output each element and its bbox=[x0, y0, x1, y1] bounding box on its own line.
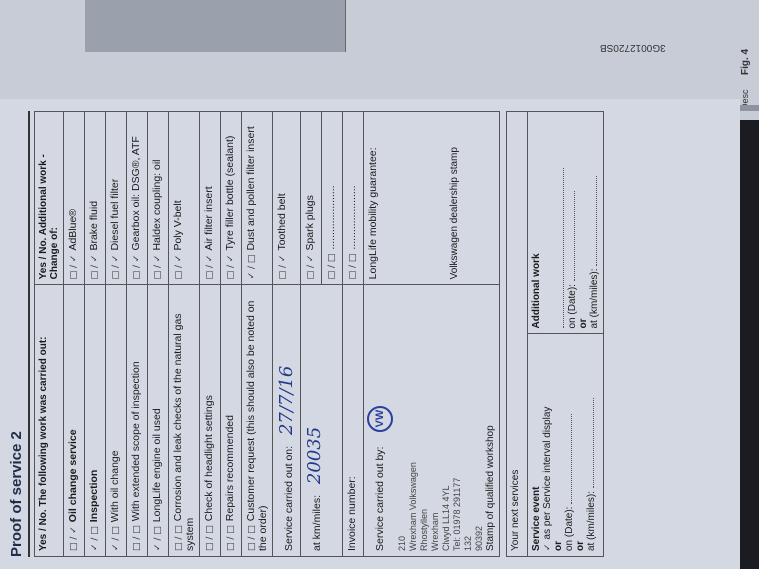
stamp-line: Tel: 01978 291177 bbox=[452, 290, 463, 551]
extra-cell-0: □ / ✓Toothed belt bbox=[273, 112, 301, 285]
stamp-line: 210 bbox=[397, 290, 408, 551]
table-row: □ / □Repairs recommended□ / ✓Tyre filler… bbox=[221, 112, 242, 557]
workshop-stamp: 210Wrexham VolkswagenRhostyllenWrexhamCl… bbox=[397, 290, 485, 551]
additional-item: □ / ✓Gearbox oil: DSG®, ATF bbox=[127, 112, 148, 285]
figure-image bbox=[85, 0, 346, 52]
km-cell: at km/miles: 20035 bbox=[301, 285, 343, 557]
additional-item: □ / ✓Air filter insert bbox=[200, 112, 221, 285]
stamp-line: 132 bbox=[463, 290, 474, 551]
next-services-title: Your next services bbox=[507, 112, 528, 557]
mobility-label: LongLife mobility guarantee: bbox=[367, 117, 379, 279]
table-row: ✓ / □With oil change□ / ✓Diesel fuel fil… bbox=[106, 112, 127, 557]
work-item: ✓ / □LongLife engine oil used bbox=[148, 285, 169, 557]
additional-item: ✓ / □Dust and pollen filter insert bbox=[242, 112, 273, 285]
km-value: 20035 bbox=[304, 427, 325, 484]
work-item: □ / □Repairs recommended bbox=[221, 285, 242, 557]
table-row: □ / □Customer request (this should also … bbox=[242, 112, 273, 557]
table-row: □ / □Check of headlight settings□ / ✓Air… bbox=[200, 112, 221, 557]
additional-work-cell: Additional work on (Date): or at (km/mil… bbox=[528, 112, 604, 335]
additional-item: □ / ✓Brake fluid bbox=[85, 112, 106, 285]
part-number: 3G0012720SB bbox=[600, 42, 666, 53]
additional-item: □ / ✓Tyre filler bottle (sealant) bbox=[221, 112, 242, 285]
stamp-label: Stamp of qualified workshop bbox=[485, 290, 496, 551]
table-row: ✓ / □Inspection□ / ✓Brake fluid bbox=[85, 112, 106, 557]
header-right: Yes / No. Additional work - Change of: bbox=[35, 112, 64, 285]
stamp-line: Rhostyllen bbox=[419, 290, 430, 551]
table-row: ✓ / □LongLife engine oil used□ / ✓Haldex… bbox=[148, 112, 169, 557]
extra-cell-3: □ / □...................... bbox=[343, 112, 364, 285]
mobility-cell: LongLife mobility guarantee: Volkswagen … bbox=[364, 112, 500, 285]
work-item: □ / ✓Oil change service bbox=[64, 285, 85, 557]
km-label: at km/miles: bbox=[311, 495, 323, 551]
table-row: □ / ✓Oil change service□ / ✓AdBlue® bbox=[64, 112, 85, 557]
table-row: □ / □Corrosion and leak checks of the na… bbox=[169, 112, 200, 557]
service-table: Yes / No. The following work was carried… bbox=[34, 111, 500, 557]
stamp-line: Wrexham Volkswagen bbox=[408, 290, 419, 551]
additional-item: □ / ✓AdBlue® bbox=[64, 112, 85, 285]
work-item: ✓ / □Inspection bbox=[85, 285, 106, 557]
additional-item: □ / ✓Haldex coupling: oil bbox=[148, 112, 169, 285]
work-item: □ / □Check of headlight settings bbox=[200, 285, 221, 557]
service-page: Proof of service 2 Yes / No. The followi… bbox=[0, 99, 740, 569]
carried-by-label: Service carried out by: bbox=[374, 447, 386, 551]
invoice-cell: Invoice number: bbox=[343, 285, 364, 557]
extra-cell-1: □ / ✓Spark plugs bbox=[301, 112, 322, 285]
service-date-cell: Service carried out on: 27/7/16 bbox=[273, 285, 301, 557]
next-services-table: Your next services Service event ✓as per… bbox=[506, 111, 604, 557]
extra-cell-2: □ / □...................... bbox=[322, 112, 343, 285]
stamp-line: Wrexham bbox=[430, 290, 441, 551]
service-date-label: Service carried out on: bbox=[283, 446, 295, 551]
service-event-cell: Service event ✓as per Service interval d… bbox=[528, 334, 604, 557]
table-row: □ / □With extended scope of inspection□ … bbox=[127, 112, 148, 557]
work-item: □ / □With extended scope of inspection bbox=[127, 285, 148, 557]
header-left: Yes / No. The following work was carried… bbox=[35, 285, 64, 557]
stamp-line: 90392 bbox=[474, 290, 485, 551]
additional-item: □ / ✓Poly V-belt bbox=[169, 112, 200, 285]
carried-by-cell: Service carried out by: VW 210Wrexham Vo… bbox=[364, 285, 500, 557]
vw-logo-icon: VW bbox=[367, 406, 393, 432]
work-item: ✓ / □With oil change bbox=[106, 285, 127, 557]
work-item: □ / □Corrosion and leak checks of the na… bbox=[169, 285, 200, 557]
additional-item: □ / ✓Diesel fuel filter bbox=[106, 112, 127, 285]
service-date-value: 27/7/16 bbox=[276, 366, 297, 435]
figure-label: Fig. 4 bbox=[740, 49, 751, 75]
dealer-stamp-label: Volkswagen dealership stamp bbox=[449, 117, 460, 279]
work-item: □ / □Customer request (this should also … bbox=[242, 285, 273, 557]
page-title: Proof of service 2 bbox=[8, 111, 30, 557]
stamp-line: Clwyd LL14 4YL bbox=[441, 290, 452, 551]
